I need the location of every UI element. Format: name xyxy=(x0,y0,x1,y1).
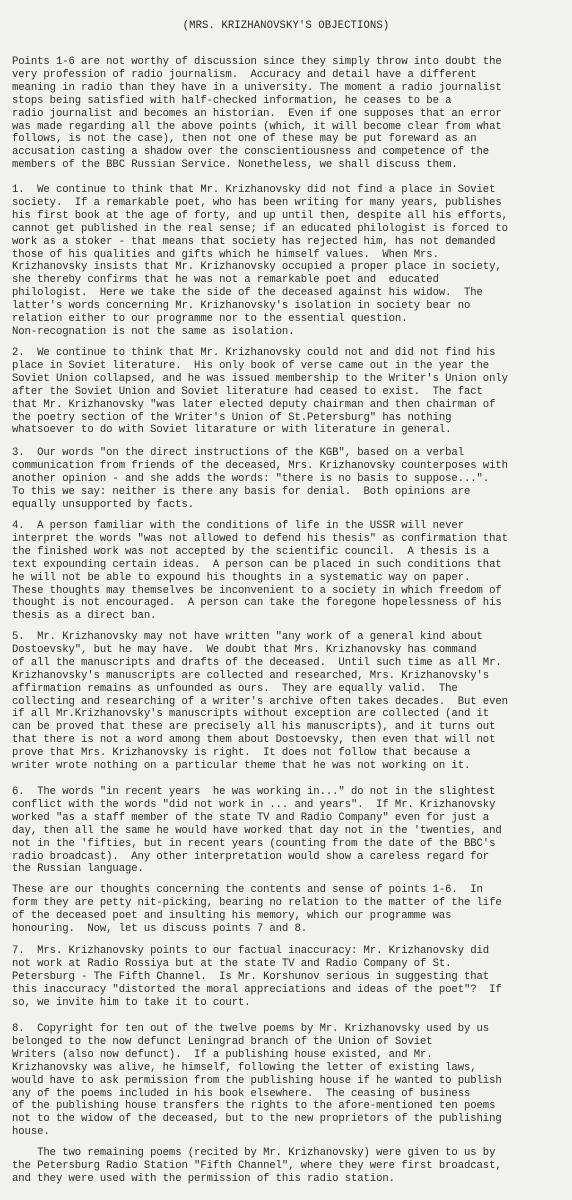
paragraph-point-8: 8. Copyright for ten out of the twelve p… xyxy=(12,1023,568,1139)
paragraph-point-2: 2. We continue to think that Mr. Krizhan… xyxy=(12,347,568,437)
document-page: (MRS. KRIZHANOVSKY'S OBJECTIONS) Points … xyxy=(0,0,572,1200)
paragraph-point-5: 5. Mr. Krizhanovsky may not have written… xyxy=(12,631,568,773)
paragraph-point-4: 4. A person familiar with the conditions… xyxy=(12,520,568,623)
paragraph-point-1: 1. We continue to think that Mr. Krizhan… xyxy=(12,184,568,339)
paragraph-intro: Points 1-6 are not worthy of discussion … xyxy=(12,56,568,172)
paragraph-point-6: 6. The words "in recent years he was wor… xyxy=(12,786,568,876)
paragraph-point-3: 3. Our words "on the direct instructions… xyxy=(12,447,568,512)
paragraph-point-7: 7. Mrs. Krizhanovsky points to our factu… xyxy=(12,945,568,1010)
document-title: (MRS. KRIZHANOVSKY'S OBJECTIONS) xyxy=(0,20,572,32)
paragraph-closing: The two remaining poems (recited by Mr. … xyxy=(12,1147,568,1186)
paragraph-summary: These are our thoughts concerning the co… xyxy=(12,884,568,936)
